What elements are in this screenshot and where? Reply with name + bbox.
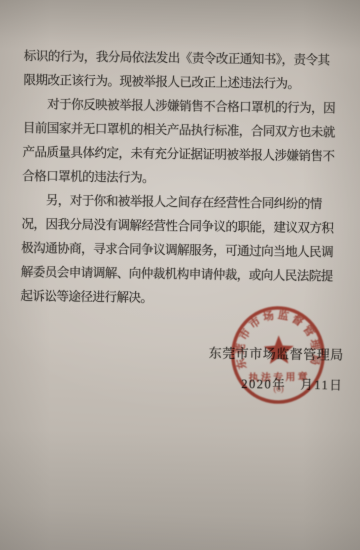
seal-star [264, 335, 294, 364]
seal-bottom-text: 执法专用章 [249, 370, 310, 384]
seal-number: (6) [273, 383, 284, 393]
official-seal: 东莞市市场监督管理局 执法专用章 (6) [225, 303, 329, 407]
document-photo: 标识的行为，我分局依法发出《责令改正通知书》，责令其 限期改正该行为。现被举报人… [0, 0, 360, 550]
